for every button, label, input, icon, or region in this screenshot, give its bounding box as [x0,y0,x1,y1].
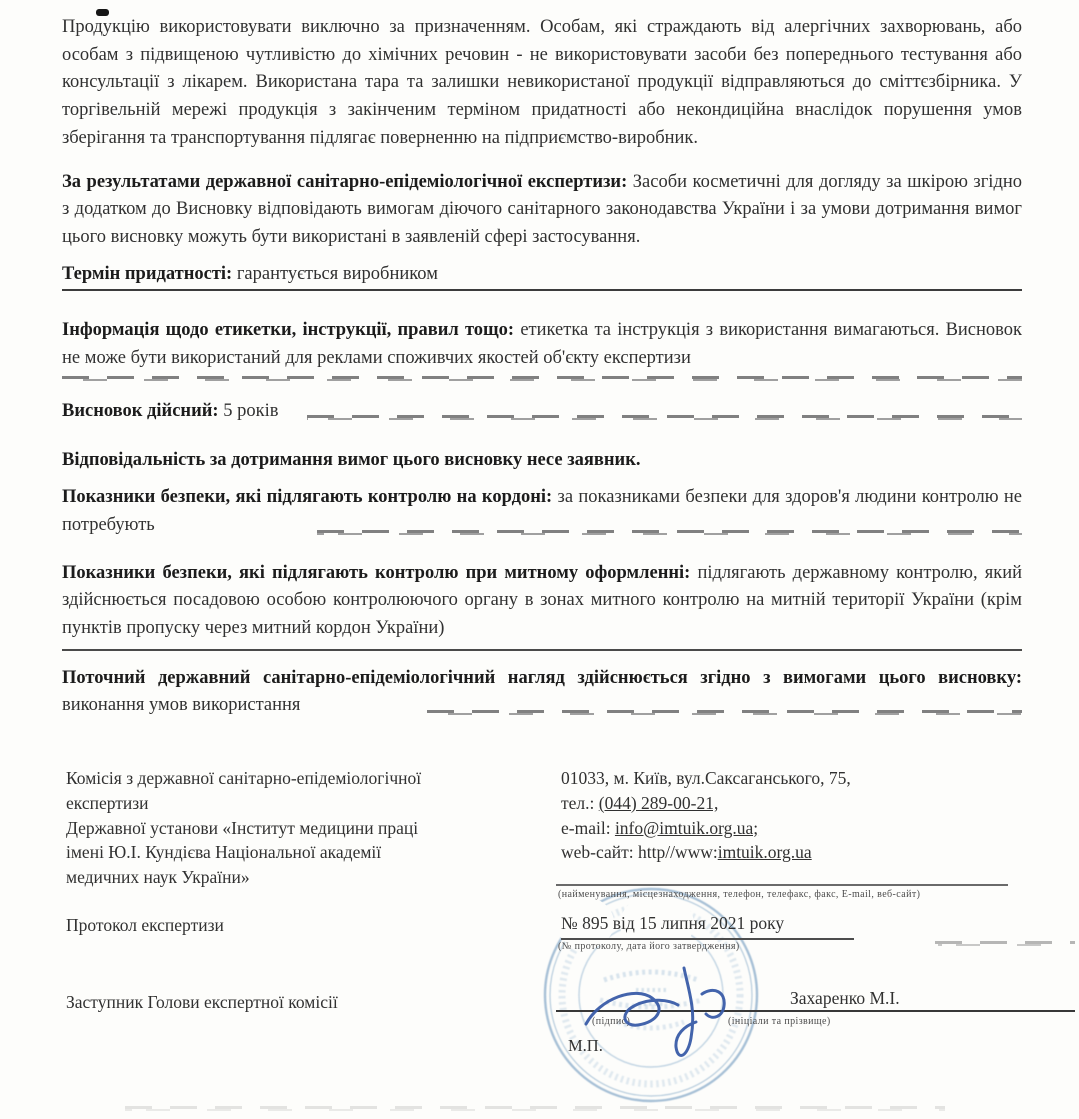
handwritten-signature [572,948,767,1078]
border-control-heading: Показники безпеки, які підлягають контро… [62,487,552,507]
phone-line: тел.: (044) 289-00-21, [561,791,1021,816]
website-label: web-сайт: [561,842,634,862]
commission-line: експертизи [66,791,536,816]
website-line: web-сайт: http//www:imtuik.org.ua [561,840,1021,865]
website-value: imtuik.org.ua [718,842,812,862]
address-line: 01033, м. Київ, вул.Саксаганського, 75, [561,766,1021,791]
scanned-document-page: Продукцію використовувати виключно за пр… [0,0,1079,1119]
border-control-paragraph: Показники безпеки, які підлягають контро… [62,484,1022,539]
commission-line: Комісія з державної санітарно-епідеміоло… [66,766,536,791]
phone-label: тел.: [561,793,594,813]
commission-block: Комісія з державної санітарно-епідеміоло… [66,766,536,890]
email-line: e-mail: info@imtuik.org.ua; [561,816,1021,841]
scan-artifact-dashes [125,1106,945,1111]
label-info-heading: Інформація щодо етикетки, інструкції, пр… [62,320,514,340]
email-label: e-mail: [561,818,611,838]
current-supervision-text: виконання умов використання [62,695,300,715]
phone-value: (044) 289-00-21, [599,793,719,813]
website-prefix: http//www: [638,842,718,862]
expertise-results-paragraph: За результатами державної санітарно-епід… [62,169,1022,252]
shelf-life-heading: Термін придатності: [62,264,232,284]
commission-line: медичних наук України» [66,865,536,890]
usage-paragraph: Продукцію використовувати виключно за пр… [62,14,1022,153]
expertise-results-heading: За результатами державної санітарно-епід… [62,172,627,192]
current-supervision-heading: Поточний державний санітарно-епідеміолог… [62,668,1022,688]
protocol-number: № 895 від 15 липня 2021 року [561,911,854,940]
commission-line: Державної установи «Інститут медицини пр… [66,816,536,841]
customs-control-paragraph: Показники безпеки, які підлягають контро… [62,560,1022,651]
signatory-role: Заступник Голови експертної комісії [66,990,338,1015]
dashed-rule [62,376,1022,382]
contact-field-rule [556,884,1008,886]
dashed-rule [935,941,1075,946]
document-body: Продукцію використовувати виключно за пр… [62,14,1022,720]
shelf-life-row: Термін придатності: гарантується виробни… [62,261,1022,292]
protocol-label: Протокол експертизи [66,913,224,938]
shelf-life-text: гарантується виробником [237,264,438,284]
label-info-paragraph: Інформація щодо етикетки, інструкції, пр… [62,317,1022,372]
commission-line: імені Ю.І. Кундієва Національної академі… [66,840,536,865]
responsibility-paragraph: Відповідальність за дотримання вимог цьо… [62,447,1022,475]
validity-text: 5 років [223,401,278,421]
current-supervision-paragraph: Поточний державний санітарно-епідеміолог… [62,665,1022,720]
contact-field-caption: (найменування, місцезнаходження, телефон… [558,889,920,900]
validity-heading: Висновок дійсний: [62,401,219,421]
contacts-block: 01033, м. Київ, вул.Саксаганського, 75, … [561,766,1021,865]
signatory-name: Захаренко М.І. [790,986,900,1011]
email-value: info@imtuik.org.ua; [615,818,758,838]
validity-row: Висновок дійсний: 5 років [62,398,1022,426]
signature-icon [572,948,767,1078]
customs-control-heading: Показники безпеки, які підлягають контро… [62,563,690,583]
